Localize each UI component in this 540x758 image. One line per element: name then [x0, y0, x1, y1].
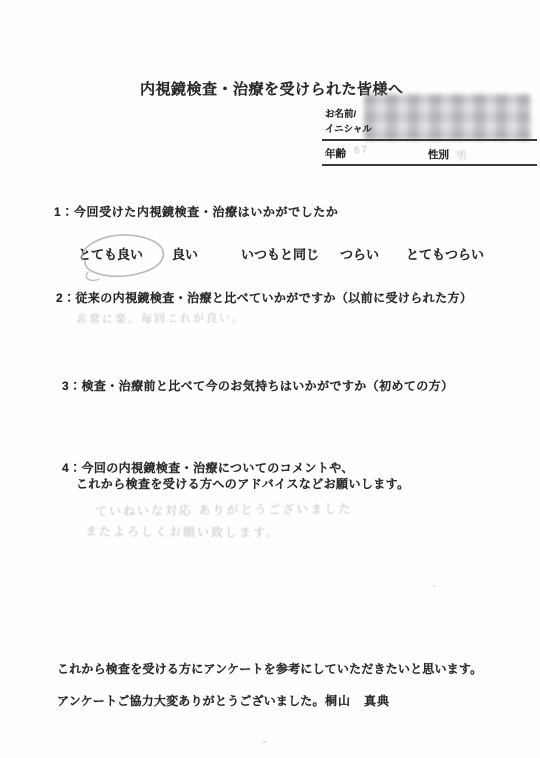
- q1-option-same-as-usual: いつもと同じ: [241, 244, 319, 263]
- initials-label: イニシャル: [325, 121, 372, 135]
- age-gender-underline: [322, 164, 537, 166]
- gender-value-handwritten: 男: [455, 146, 471, 164]
- scan-speckle: [263, 741, 266, 743]
- question-3-label: 3：検査・治療前と比べて今のお気持ちはいかがですか（初めての方）: [62, 377, 453, 394]
- name-underline: [322, 139, 537, 141]
- age-value-handwritten: 67: [354, 144, 370, 156]
- q1-option-hard: つらい: [340, 244, 379, 263]
- age-label: 年齢: [325, 146, 346, 161]
- question-2-label: 2：従来の内視鏡検査・治療と比べていかがですか（以前に受けられた方）: [56, 289, 472, 306]
- gender-label: 性別: [428, 147, 449, 162]
- scanned-questionnaire-page: 内視鏡検査・治療を受けられた皆様へ お名前/ イニシャル 年齢 67 性別 男 …: [0, 0, 540, 758]
- handdrawn-selection-circle: [68, 228, 172, 284]
- question-4-label-line1: 4：今回の内視鏡検査・治療についてのコメントや、: [62, 459, 354, 476]
- question-4-label-line2: これから検査を受ける方へのアドバイスなどお願いします。: [76, 475, 409, 492]
- signature-name: 桐山 真典: [325, 692, 390, 709]
- footer-line2: アンケートご協力大変ありがとうございました。: [57, 692, 325, 709]
- q4-handwritten-answer-line2: またよろしくお願い致します。: [85, 522, 280, 540]
- redacted-name-blur: [364, 94, 531, 140]
- name-label: お名前/: [325, 106, 356, 120]
- q2-handwritten-answer: 非常に楽。毎回これが良い。: [76, 309, 245, 326]
- question-1-label: 1：今回受けた内視鏡検査・治療はいかがでしたか: [54, 203, 338, 220]
- q1-option-good: 良い: [172, 244, 198, 263]
- q1-option-very-hard: とてもつらい: [406, 244, 484, 263]
- q4-handwritten-answer-line1: ていねいな対応 ありがとうございました: [95, 500, 353, 520]
- footer-line1: これから検査を受ける方にアンケートを参考にしていただきたいと思います。: [57, 660, 482, 677]
- scan-speckle: [433, 585, 436, 587]
